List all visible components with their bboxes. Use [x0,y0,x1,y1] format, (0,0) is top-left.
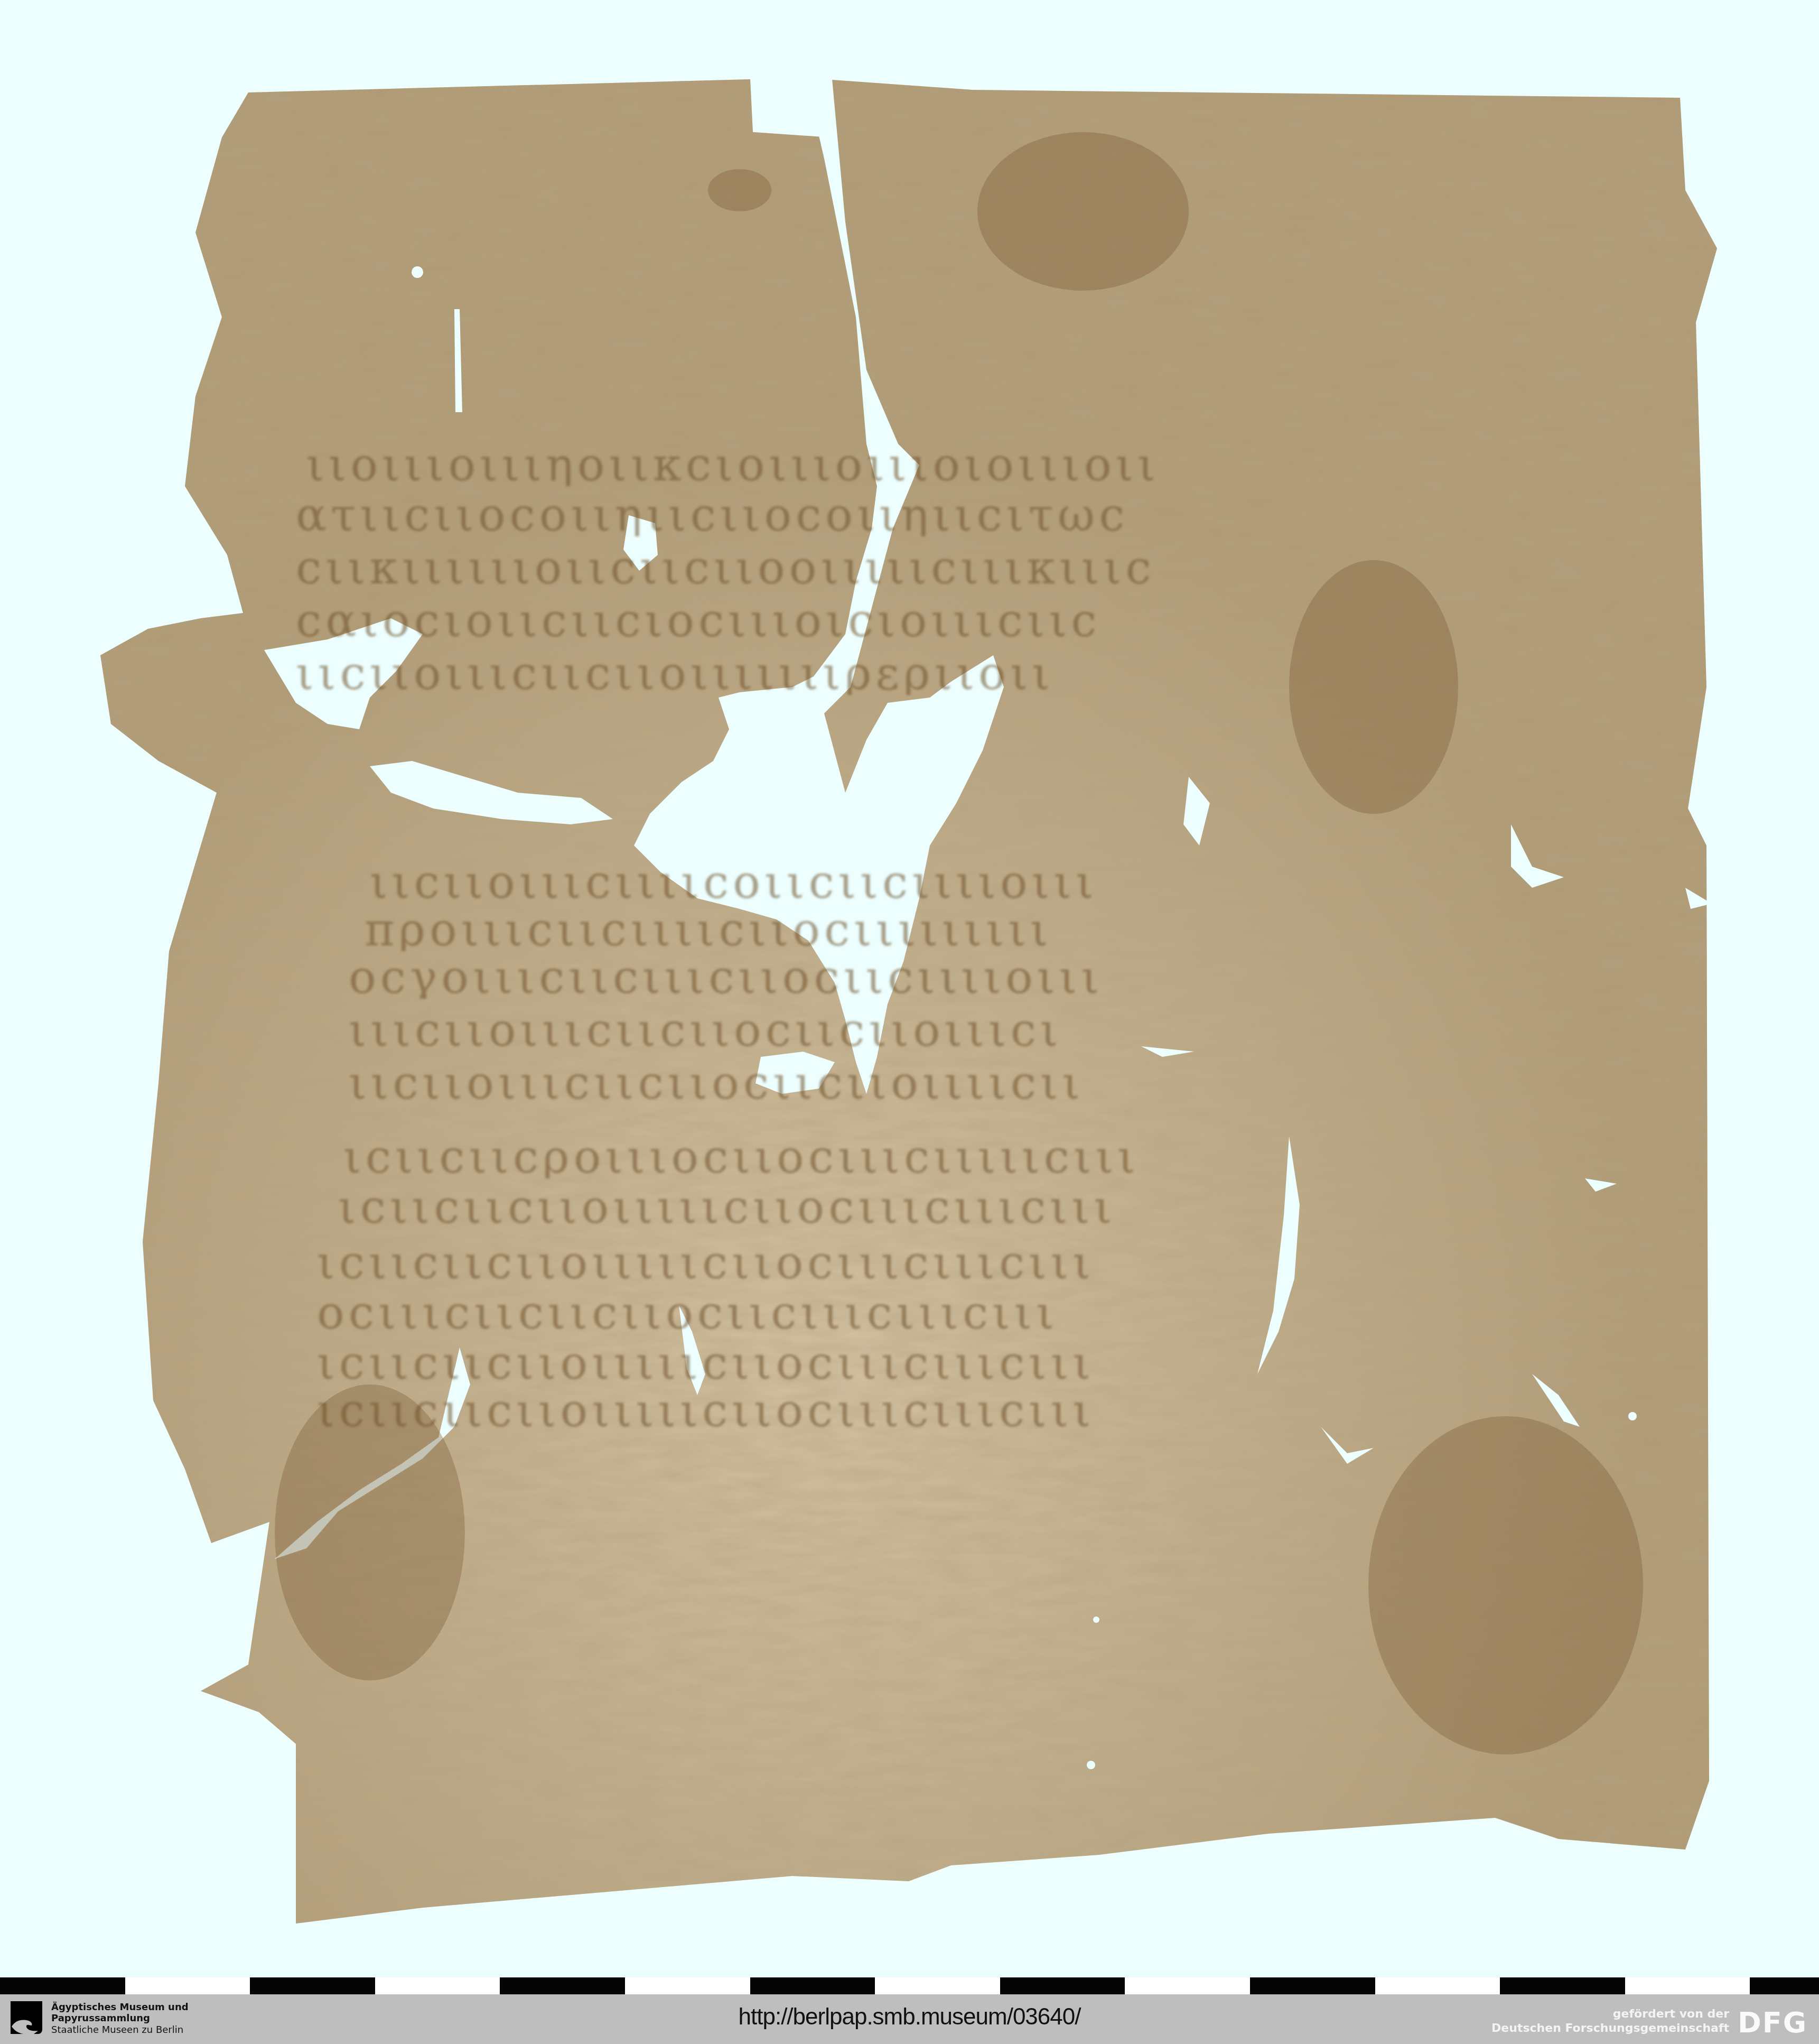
scale-segment [1625,1977,1750,1994]
footer: Ägyptisches Museum und Papyrussammlung S… [0,1994,1819,2044]
text-line: οcγοιιιcιιcιιιcιιοcιιcιιιιοιιι [349,951,1294,999]
scale-segment [1000,1977,1125,1994]
funding-credit: gefördert von der Deutschen Forschungsge… [1491,2007,1729,2036]
text-line: ιcιιcιιcροιιιοcιιοcιιιcιιιιιcιιι [343,1131,1294,1178]
scale-segment [750,1977,875,1994]
text-line: ιcιιcιιcιιοιιιιιcιιοcιιιcιιιcιιι [338,1181,1294,1229]
scan-area: ιιοιιιοιιιηοιικcιοιιιοιιιοιοιιιοιι ατιιc… [0,0,1819,1971]
scale-segment [1250,1977,1375,1994]
scale-segment [0,1977,125,1994]
scale-bar [0,1977,1819,1994]
scale-segment [1750,1977,1819,1994]
scale-segment [1125,1977,1250,1994]
dfg-logo: DFG [1738,2006,1807,2039]
text-line: ιcιιcιιcιιοιιιιιcιιοcιιιcιιιcιιι [317,1237,1294,1284]
funding-line-1: gefördert von der [1491,2007,1729,2021]
scale-segment [500,1977,625,1994]
scale-segment [250,1977,375,1994]
text-line: ατιιcιιοcοιιηιιcιιοcοιιηιιcιτωc [296,489,1300,536]
text-line: ιιcιιοιιιcιιcιιοιιιιιιιρεριιοιι [296,647,1289,695]
text-line: προιιιcιιcιιιιcιιοcιιιιιιιιι [365,904,1294,951]
text-line: cαιοcιοιιcιιcιοcιιιοιcιοιιιcιιc [296,594,1289,642]
scale-segment [875,1977,1000,1994]
text-line: οcιιιcιιcιιcιιοcιιcιιιcιιιcιιι [317,1287,1294,1334]
scale-segment [375,1977,500,1994]
text-line: ιιcιιοιιιcιιcιιοcιιcιιοιιιιcιι [349,1057,1294,1104]
text-line: ιιοιιιοιιιηοιικcιοιιιοιιιοιοιιιοιι [306,439,1300,486]
text-line: ιιιcιιοιιιcιιcιιοcιιcιιοιιιcι [349,1004,1294,1052]
scale-segment [625,1977,750,1994]
funding-line-2: Deutschen Forschungsgemeinschaft [1491,2021,1729,2036]
text-line: ιcιιcιιcιιοιιιιιcιιοcιιιcιιιcιιι [317,1337,1294,1385]
scale-segment [125,1977,250,1994]
text-line: ιcιιcιιcιιοιιιιιcιιοcιιιcιιιcιιι [317,1385,1294,1432]
text-line: ιιcιιοιιιcιιιιcοιιcιιcιιιιοιιι [370,856,1294,904]
scale-segment [1375,1977,1500,1994]
scale-segment [1500,1977,1625,1994]
text-line: cιικιιιιιιοιιcιιcιιοοιιιιιcιιικιιιc [296,542,1289,589]
